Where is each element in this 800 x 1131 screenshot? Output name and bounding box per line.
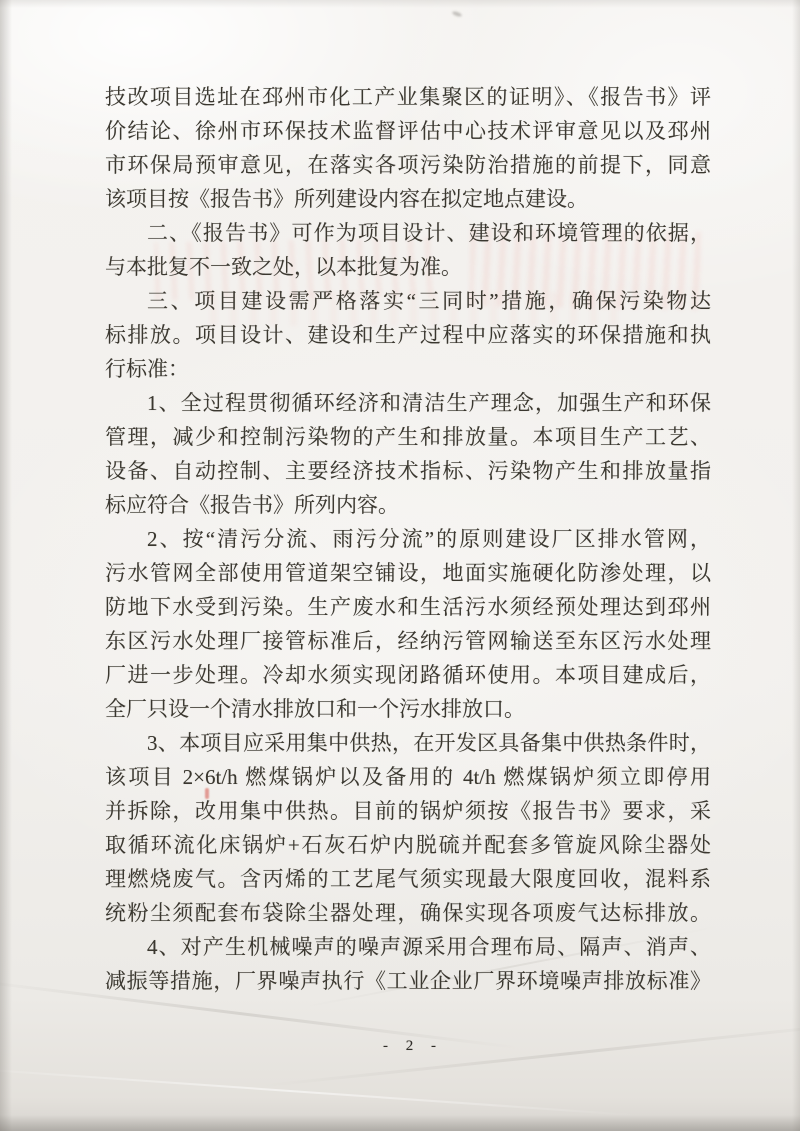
- text-line: 价结论、徐州市环保技术监督评估中心技术评审意见以及邳州: [105, 114, 711, 148]
- text-line: 二、《报告书》可作为项目设计、建设和环境管理的依据，: [105, 216, 711, 250]
- paper-crease: [0, 1066, 639, 1117]
- text-line: 统粉尘须配套布袋除尘器处理，确保实现各项废气达标排放。: [105, 896, 711, 930]
- document-body: 技改项目选址在邳州市化工产业集聚区的证明》、《报告书》评价结论、徐州市环保技术监…: [105, 80, 711, 998]
- text-line: 三、项目建设需严格落实“三同时”措施，确保污染物达: [105, 284, 711, 318]
- scan-speck: [452, 10, 463, 17]
- text-line: 该项目 2×6t/h 燃煤锅炉以及备用的 4t/h 燃煤锅炉须立即停用: [105, 760, 711, 794]
- text-line: 全厂只设一个清水排放口和一个污水排放口。: [105, 692, 711, 726]
- text-line: 行标准：: [105, 352, 711, 386]
- text-line: 4、对产生机械噪声的噪声源采用合理布局、隔声、消声、: [105, 930, 711, 964]
- text-line: 该项目按《报告书》所列建设内容在拟定地点建设。: [105, 182, 711, 216]
- text-line: 2、按“清污分流、雨污分流”的原则建设厂区排水管网，: [105, 522, 711, 556]
- text-line: 污水管网全部使用管道架空铺设，地面实施硬化防渗处理，以: [105, 556, 711, 590]
- text-line: 管理，减少和控制污染物的产生和排放量。本项目生产工艺、: [105, 420, 711, 454]
- page-number: - 2 -: [13, 1038, 800, 1055]
- text-line: 并拆除，改用集中供热。目前的锅炉须按《报告书》要求，采: [105, 794, 711, 828]
- text-line: 与本批复不一致之处，以本批复为准。: [105, 250, 711, 284]
- scanned-document-page: 技改项目选址在邳州市化工产业集聚区的证明》、《报告书》评价结论、徐州市环保技术监…: [0, 0, 800, 1131]
- text-line: 3、本项目应采用集中供热，在开发区具备集中供热条件时，: [105, 726, 711, 760]
- scan-edge-shadow-left: [0, 0, 12, 1131]
- scan-edge-shadow-top: [0, 0, 800, 8]
- text-line: 1、全过程贯彻循环经济和清洁生产理念，加强生产和环保: [105, 386, 711, 420]
- text-line: 东区污水处理厂接管标准后，经纳污管网输送至东区污水处理: [105, 624, 711, 658]
- scan-edge-shadow-bottom: [0, 1115, 800, 1131]
- text-line: 技改项目选址在邳州市化工产业集聚区的证明》、《报告书》评: [105, 80, 711, 114]
- text-line: 设备、自动控制、主要经济技术指标、污染物产生和排放量指: [105, 454, 711, 488]
- text-line: 厂进一步处理。冷却水须实现闭路循环使用。本项目建成后，: [105, 658, 711, 692]
- scan-edge-shadow-right: [792, 0, 800, 1131]
- text-line: 标应符合《报告书》所列内容。: [105, 488, 711, 522]
- text-line: 减振等措施，厂界噪声执行《工业企业厂界环境噪声排放标准》: [105, 964, 711, 998]
- text-line: 理燃烧废气。含丙烯的工艺尾气须实现最大限度回收，混料系: [105, 862, 711, 896]
- text-line: 防地下水受到污染。生产废水和生活污水须经预处理达到邳州: [105, 590, 711, 624]
- text-line: 标排放。项目设计、建设和生产过程中应落实的环保措施和执: [105, 318, 711, 352]
- text-line: 市环保局预审意见，在落实各项污染防治措施的前提下，同意: [105, 148, 711, 182]
- text-line: 取循环流化床锅炉+石灰石炉内脱硫并配套多管旋风除尘器处: [105, 828, 711, 862]
